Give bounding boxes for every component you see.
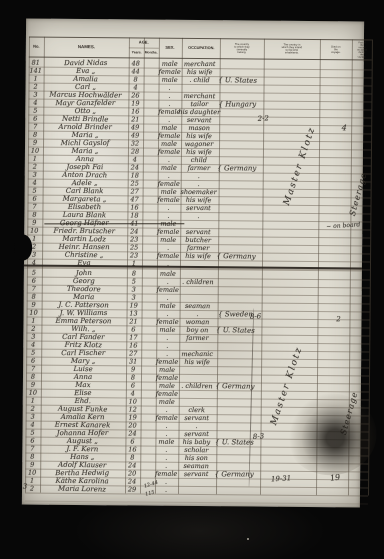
row-age: 21 — [129, 317, 137, 325]
row-occupation: . — [197, 212, 199, 220]
row-age: 27 — [130, 187, 138, 195]
row-sex: male — [159, 398, 175, 406]
row-name: Luise — [73, 365, 92, 373]
row-number: 9 — [31, 381, 35, 389]
row-occupation: . — [198, 172, 200, 180]
row-age: 27 — [129, 349, 137, 357]
row-number: 4 — [30, 421, 34, 429]
row-occupation: his son — [185, 454, 208, 462]
row-name: Hans „ — [70, 453, 94, 461]
row-occupation: clerk — [188, 406, 205, 414]
header-years: Years. — [129, 47, 144, 57]
row-name: Michl Gayslof — [61, 139, 110, 147]
row-sex: . — [165, 486, 167, 494]
row-number: 3 — [32, 251, 36, 259]
row-sex: male — [161, 188, 177, 196]
header-months: Months. — [144, 48, 159, 58]
header-died: Died on the voyage. — [320, 39, 352, 59]
row-sex: . — [168, 84, 170, 92]
row-country: { Germany — [215, 382, 254, 391]
row-age: 17 — [129, 333, 137, 341]
row-number: 5 — [32, 269, 36, 277]
row-age: 6 — [131, 325, 135, 333]
row-sex: . — [165, 454, 167, 462]
row-name: Carl „ — [75, 83, 96, 91]
row-age: 1 — [132, 259, 136, 267]
row-name: Wilh. „ — [71, 325, 95, 334]
row-age: 6 — [131, 381, 135, 389]
row-number: 6 — [33, 115, 37, 123]
row-age: 25 — [130, 243, 138, 251]
row-number: 1 — [33, 155, 37, 163]
row-occupation: merchant — [184, 92, 216, 100]
row-number: 10 — [28, 469, 36, 477]
row-age: 3 — [132, 293, 136, 301]
row-occupation: . — [198, 180, 200, 188]
row-sex: male — [159, 382, 175, 390]
row-age: 16 — [131, 107, 139, 115]
row-number: 1 — [30, 477, 34, 485]
row-country: { U. States — [216, 326, 255, 335]
row-country: { U. States — [218, 76, 257, 85]
row-country: { Germany — [215, 470, 254, 478]
row-age: 32 — [131, 139, 139, 147]
top-tally-note: 2-2 — [257, 114, 269, 122]
row-number: 10 — [30, 227, 38, 235]
row-name: Amalia — [73, 75, 98, 84]
row-age: 4 — [133, 155, 137, 163]
row-sex: male — [159, 326, 175, 334]
row-sex: . — [167, 212, 169, 220]
row-sex: . — [165, 430, 167, 438]
row-number: 4 — [33, 179, 37, 187]
row-occupation: child — [191, 156, 207, 164]
row-age: 49 — [131, 123, 139, 131]
row-age: 18 — [130, 211, 138, 219]
row-sex: female — [157, 286, 179, 294]
row-number: 9 — [32, 301, 36, 309]
row-age: 10 — [129, 397, 137, 405]
row-sex: male — [162, 76, 178, 84]
row-occupation: mechanic — [181, 350, 213, 358]
row-number: 1 — [31, 317, 35, 325]
row-sex: . — [166, 406, 168, 414]
row-age: 21 — [131, 115, 139, 123]
header-label: NAMES. — [78, 45, 95, 50]
row-sex: . — [167, 294, 169, 302]
total-right-note: 19 — [330, 474, 341, 483]
header-label: The country in which they intend to beco… — [281, 43, 302, 54]
bottom-tally2-note: 8-3 — [253, 432, 265, 441]
header-occupation: OCCUPATION. — [182, 38, 220, 58]
header-label: Years. — [131, 51, 141, 54]
bottom-tally-note: 8-6 — [250, 312, 261, 320]
row-occupation: his wife — [186, 132, 212, 140]
row-name: Maria „ — [72, 131, 99, 139]
row-sex: female — [157, 252, 179, 260]
row-country: { Germany — [217, 164, 256, 172]
row-number: 8 — [30, 453, 34, 461]
row-age: 25 — [131, 179, 139, 187]
row-age: 29 — [128, 485, 136, 493]
row-sex: male — [159, 366, 175, 374]
scan-edge-notch — [14, 234, 32, 260]
row-number: 6 — [30, 437, 34, 445]
row-age: 23 — [130, 251, 138, 259]
row-sex: female — [158, 108, 180, 116]
row-number: 4 — [33, 99, 37, 107]
header-label: Months. — [145, 51, 158, 54]
row-age: 24 — [130, 227, 138, 235]
header-label: No. — [33, 45, 39, 49]
row-country: { Sweden — [218, 310, 253, 318]
header-label: Died on the voyage. — [330, 45, 342, 53]
row-number: 6 — [31, 357, 35, 365]
row-number: 5 — [33, 187, 37, 195]
row-sex: . — [168, 100, 170, 108]
row-number: 7 — [32, 285, 36, 293]
row-name: J. W. Williams — [60, 309, 108, 317]
row-age: 8 — [131, 373, 135, 381]
row-age: 20 — [128, 421, 136, 429]
row-number: 7 — [33, 123, 37, 131]
row-age: 28 — [131, 147, 139, 155]
row-age: 31 — [129, 357, 137, 365]
row-name: Anna — [76, 155, 94, 163]
row-age: 8 — [133, 75, 137, 83]
row-name: Elisabeth — [68, 203, 101, 211]
row-name: Mayr Ganzfelder — [55, 99, 115, 107]
row-number: 7 — [31, 365, 35, 373]
row-number: 2 — [31, 405, 35, 413]
row-name: Ehd. — [75, 397, 91, 405]
row-occupation: his wife — [184, 358, 210, 366]
row-sex: female — [158, 148, 180, 156]
row-sex: . — [166, 342, 168, 350]
row-occupation: . — [197, 310, 199, 318]
row-country: { U. States — [215, 438, 254, 446]
row-occupation: scholar — [184, 446, 208, 455]
row-sex: male — [160, 236, 176, 244]
row-age: 6 — [130, 437, 134, 445]
row-number: 141 — [29, 67, 41, 75]
row-sex: . — [168, 156, 170, 164]
row-sex: . — [167, 244, 169, 252]
row-age: 8 — [132, 269, 136, 277]
row-age: 26 — [131, 91, 139, 99]
row-sex: . — [167, 260, 169, 268]
row-country: { Germany — [216, 252, 255, 261]
row-age: 20 — [128, 469, 136, 477]
row-occupation: . children — [182, 278, 213, 286]
row-age: 23 — [130, 235, 138, 243]
row-name: Johanna Hofer — [57, 429, 109, 437]
row-sex: male — [162, 60, 178, 68]
scanned-manifest-photo: No.NAMES.AGE.Years.Months.SEX.OCCUPATION… — [0, 0, 384, 559]
top-right-mark-note: 4 — [341, 124, 347, 132]
row-age: 9 — [131, 365, 135, 373]
row-sex: . — [165, 422, 167, 430]
corner-mark-note: 3 — [23, 483, 28, 491]
row-number: 7 — [30, 445, 34, 453]
header-names: NAMES. — [44, 37, 129, 58]
row-number: 9 — [30, 461, 34, 469]
row-age: 13 — [129, 309, 137, 317]
row-number: 7 — [32, 203, 36, 211]
row-number: 3 — [31, 333, 35, 341]
row-number: 5 — [30, 429, 34, 437]
row-name: Maria — [73, 293, 94, 301]
header-belong: The country to which they severally belo… — [220, 38, 264, 58]
row-name: Eva „ — [76, 67, 95, 75]
row-occupation: his daughter — [178, 108, 220, 116]
row-number: 3 — [33, 91, 37, 99]
row-number: 3 — [31, 413, 35, 421]
row-sex: female — [155, 470, 177, 478]
row-age: 44 — [131, 67, 139, 75]
row-number: 10 — [31, 147, 39, 155]
row-sex: . — [165, 446, 167, 454]
row-occupation: farmer — [187, 244, 210, 252]
row-number: 9 — [33, 139, 37, 147]
row-name: Max — [75, 381, 90, 389]
row-sex: female — [157, 196, 179, 204]
row-age: 19 — [128, 413, 136, 421]
bottom-right-mark-note: 2 — [336, 315, 341, 323]
row-occupation: servant — [187, 116, 212, 125]
row-name: Eva — [77, 259, 90, 267]
row-sex: female — [156, 390, 178, 398]
row-age: 24 — [128, 461, 136, 469]
row-sex: female — [156, 414, 178, 422]
row-name: Emma Peterson — [55, 317, 111, 325]
header-no: No. — [29, 37, 44, 57]
row-number: 8 — [32, 211, 36, 219]
row-number: 9 — [32, 219, 36, 227]
row-age: 16 — [128, 445, 136, 453]
row-occupation: servant — [184, 470, 209, 478]
row-number: 5 — [33, 107, 37, 115]
row-number: 2 — [31, 325, 35, 333]
row-sex: . — [168, 116, 170, 124]
row-sex: . — [168, 92, 170, 100]
row-sex: male — [161, 124, 177, 132]
row-sex: male — [158, 438, 174, 446]
header-label: OCCUPATION. — [188, 46, 214, 50]
row-number: 8 — [31, 373, 35, 381]
row-number: 6 — [32, 195, 36, 203]
row-number: 5 — [31, 349, 35, 357]
row-occupation: farmer — [188, 164, 211, 172]
manifest-page: No.NAMES.AGE.Years.Months.SEX.OCCUPATION… — [22, 19, 364, 508]
row-age: 16 — [129, 341, 137, 349]
total-note-note: 19-31 — [271, 474, 292, 483]
row-sex: . — [165, 478, 167, 486]
row-age: 19 — [131, 99, 139, 107]
row-occupation: servant — [186, 204, 211, 212]
row-number: 2 — [33, 83, 37, 91]
row-sex: . — [166, 334, 168, 342]
row-number: 2 — [30, 485, 34, 493]
row-occupation: servant — [184, 430, 209, 438]
row-sex: . — [165, 462, 167, 470]
row-age: 4 — [131, 389, 135, 397]
row-number: 4 — [31, 341, 35, 349]
row-occupation: merchant — [184, 60, 216, 68]
row-name: David Nidas — [64, 59, 107, 67]
row-age: 5 — [132, 277, 136, 285]
row-number: 81 — [32, 59, 40, 67]
row-occupation: seaman — [185, 302, 210, 310]
row-sex: . — [166, 350, 168, 358]
row-number: 1 — [33, 75, 37, 83]
row-sex: . — [168, 172, 170, 180]
row-number: 8 — [32, 293, 36, 301]
bottom-vessel-note-note: Steerage — [340, 391, 360, 436]
row-number: 10 — [29, 389, 37, 397]
header-age: AGE. — [129, 37, 159, 47]
row-age: 12 — [128, 405, 136, 413]
header-part: Part of the vessel occupied during the v… — [352, 39, 372, 59]
row-age: 24 — [128, 429, 136, 437]
row-number: 4 — [32, 259, 36, 267]
header-label: SEX. — [166, 46, 175, 50]
header-label: The country to which they severally belo… — [233, 43, 250, 54]
row-age: 8 — [130, 453, 134, 461]
row-number: 6 — [32, 277, 36, 285]
header-sex: SEX. — [159, 38, 182, 58]
row-age: 18 — [131, 171, 139, 179]
row-number: 2 — [32, 243, 36, 251]
header-label: Part of the vessel occupied during the v… — [357, 41, 367, 58]
row-country: { Hungary — [218, 100, 256, 108]
row-sex: male — [161, 164, 177, 172]
row-occupation: seaman — [184, 462, 209, 470]
row-occupation: tailor — [191, 100, 209, 108]
row-age: 47 — [130, 195, 138, 203]
row-age: 16 — [130, 203, 138, 211]
row-occupation: . children — [181, 382, 213, 390]
row-name: Adele „ — [72, 179, 98, 187]
row-sex: female — [156, 374, 178, 382]
row-occupation: boy on — [186, 326, 208, 334]
row-sex: male — [160, 270, 176, 278]
row-sex: male — [161, 140, 177, 148]
row-number: 2 — [33, 163, 37, 171]
row-age: 49 — [131, 131, 139, 139]
row-number: 1 — [31, 397, 35, 405]
row-name: Maria Lorenz — [58, 485, 106, 494]
row-sex: female — [158, 132, 180, 140]
row-occupation: servant — [184, 414, 209, 422]
row-age: 4 — [133, 83, 137, 91]
row-number: 3 — [33, 171, 37, 179]
row-sex: . — [167, 204, 169, 212]
row-name: Elise — [74, 389, 91, 397]
row-sex: . — [167, 310, 169, 318]
row-name: Arnold Brinder — [59, 123, 112, 131]
row-occupation: his wife — [185, 252, 211, 260]
row-occupation: mason — [188, 124, 210, 132]
row-occupation: wagoner — [185, 140, 214, 148]
row-name: Anna — [74, 373, 92, 381]
row-age: 3 — [132, 285, 136, 293]
row-name: John — [76, 269, 92, 277]
row-sex: male — [160, 302, 176, 310]
pencil-note2-note: 115 — [144, 489, 155, 499]
row-occupation: farmer — [186, 334, 209, 342]
row-occupation: . child — [189, 76, 209, 84]
row-age: 24 — [128, 477, 136, 485]
row-age: 24 — [131, 163, 139, 171]
row-name: Carl Fischer — [61, 349, 105, 357]
row-number: 8 — [33, 131, 37, 139]
row-number: 1 — [32, 235, 36, 243]
row-number: 10 — [29, 309, 37, 317]
row-age: 19 — [129, 301, 137, 309]
row-sex: . — [167, 278, 169, 286]
row-age: 48 — [132, 59, 140, 67]
row-sex: female — [158, 180, 180, 188]
row-occupation: . — [195, 422, 197, 430]
dust-speck — [247, 538, 249, 540]
header-inhabit: The country in which they intend to beco… — [264, 39, 320, 59]
header-label: AGE. — [139, 41, 149, 45]
